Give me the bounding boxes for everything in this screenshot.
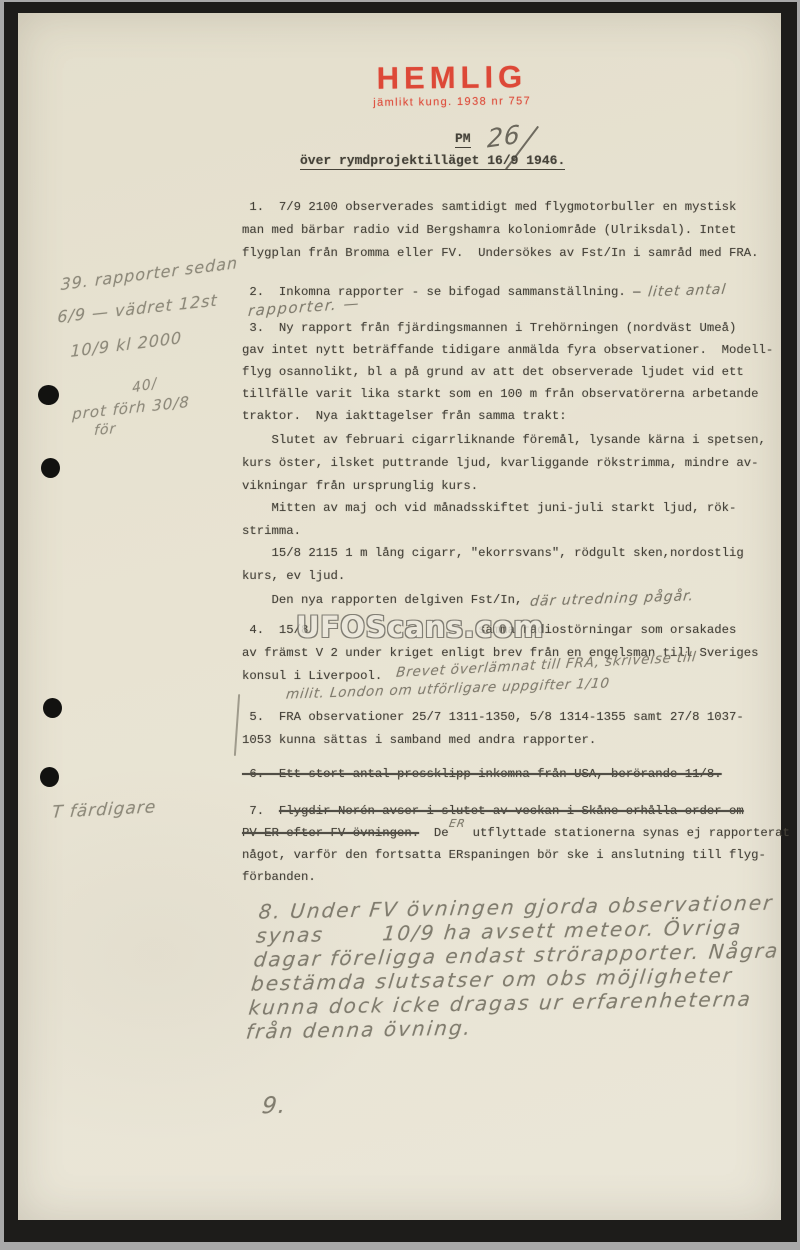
- paragraph-1: 1. 7/9 2100 observerades samtidigt med f…: [242, 196, 782, 265]
- hole-punch: [43, 698, 62, 718]
- text-line: 3. Ny rapport från fjärdingsmannen i Tre…: [242, 317, 782, 339]
- handwritten-text: där utredning pågår.: [529, 585, 695, 614]
- typed-text: strimma.: [242, 524, 301, 538]
- text-line: något, varför den fortsatta ERspaningen …: [242, 844, 782, 866]
- typed-text: De: [419, 826, 449, 840]
- text-line: kurs, ev ljud.: [242, 565, 782, 588]
- typed-text: förbanden.: [242, 870, 316, 884]
- typed-text: gav intet nytt beträffande tidigare anmä…: [242, 343, 773, 357]
- text-line: strimma.: [242, 520, 782, 543]
- paragraph-6-struck: 6. Ett stort antal pressklipp inkomna fr…: [242, 763, 782, 786]
- text-line: Den nya rapporten delgiven Fst/In, där u…: [242, 588, 782, 611]
- watermark: UFOScans.com: [296, 610, 544, 644]
- text-line: Slutet av februari cigarrliknande föremå…: [242, 429, 782, 452]
- paragraph-3-obs-february: Slutet av februari cigarrliknande föremå…: [242, 429, 782, 498]
- text-line: 15/8 2115 1 m lång cigarr, "ekorrsvans",…: [242, 542, 782, 565]
- text-line: tillfälle varit lika starkt som en 100 m…: [242, 383, 782, 405]
- paragraph-3-report-note: Den nya rapporten delgiven Fst/In, där u…: [242, 588, 782, 611]
- text-line: 5. FRA observationer 25/7 1311-1350, 5/8…: [242, 706, 782, 729]
- text-line: förbanden.: [242, 866, 782, 888]
- typed-text: traktor. Nya iakttagelser från samma tra…: [242, 409, 567, 423]
- text-line: gav intet nytt beträffande tidigare anmä…: [242, 339, 782, 361]
- typed-text: konsul i Liverpool.: [242, 669, 382, 683]
- typed-text: kurs öster, ilsket puttrande ljud, kvarl…: [242, 456, 759, 470]
- typed-text: Den nya rapporten delgiven Fst/In,: [242, 593, 530, 607]
- text-line: Mitten av maj och vid månadsskiftet juni…: [242, 497, 782, 520]
- hole-punch: [41, 458, 60, 478]
- text-line: kurs öster, ilsket puttrande ljud, kvarl…: [242, 452, 782, 475]
- stamp-hemlig-text: HEMLIG: [352, 61, 552, 95]
- typed-text: vikningar från ursprunglig kurs.: [242, 479, 478, 493]
- pm-label: PM: [455, 131, 471, 148]
- typed-text: flygplan från Bromma eller FV. Undersöke…: [242, 246, 759, 260]
- typed-text: Flygdir Norén avser i slutet av veckan i…: [279, 804, 744, 818]
- typed-text: kurs, ev ljud.: [242, 569, 345, 583]
- typed-text: flyg osannolikt, bl a på grund av att de…: [242, 365, 744, 379]
- paragraph-3-obs-august: 15/8 2115 1 m lång cigarr, "ekorrsvans",…: [242, 542, 782, 588]
- typed-text: 5. FRA observationer 25/7 1311-1350, 5/8…: [242, 710, 744, 724]
- typed-text: 2. Inkomna rapporter - se bifogad samman…: [242, 285, 648, 299]
- text-line: man med bärbar radio vid Bergshamra kolo…: [242, 219, 782, 242]
- handwritten-text: ER: [447, 813, 467, 835]
- typed-text: 15/8 2115 1 m lång cigarr, "ekorrsvans",…: [242, 546, 744, 560]
- typed-text: 3. Ny rapport från fjärdingsmannen i Tre…: [242, 321, 736, 335]
- handwritten-text: litet antal: [647, 279, 728, 305]
- paragraph-3: 3. Ny rapport från fjärdingsmannen i Tre…: [242, 317, 782, 427]
- secrecy-stamp: HEMLIG jämlikt kung. 1938 nr 757: [352, 61, 552, 109]
- typed-text: 1. 7/9 2100 observerades samtidigt med f…: [242, 200, 736, 214]
- text-line: 1. 7/9 2100 observerades samtidigt med f…: [242, 196, 782, 219]
- typed-text: 1053 kunna sättas i samband med andra ra…: [242, 733, 596, 747]
- text-line: PV ER efter FV övningen. DeER utflyttade…: [242, 822, 782, 844]
- typed-text: 7.: [242, 804, 279, 818]
- text-line: traktor. Nya iakttagelser från samma tra…: [242, 405, 782, 427]
- text-line: flyg osannolikt, bl a på grund av att de…: [242, 361, 782, 383]
- typed-text: Mitten av maj och vid månadsskiftet juni…: [242, 501, 736, 515]
- typed-text: tillfälle varit lika starkt som en 100 m…: [242, 387, 759, 401]
- stamp-statute-text: jämlikt kung. 1938 nr 757: [352, 95, 552, 109]
- text-line: vikningar från ursprunglig kurs.: [242, 475, 782, 498]
- typed-text: PV ER efter FV övningen.: [242, 826, 419, 840]
- text-line: 7. Flygdir Norén avser i slutet av vecka…: [242, 800, 782, 822]
- handwritten-item-9: 9.: [261, 1093, 289, 1119]
- typed-text: Slutet av februari cigarrliknande föremå…: [242, 433, 766, 447]
- document-title: över rymdprojektilläget 16/9 1946.: [300, 153, 565, 170]
- paragraph-7: 7. Flygdir Norén avser i slutet av vecka…: [242, 800, 782, 888]
- hole-punch: [38, 385, 59, 405]
- typed-text: något, varför den fortsatta ERspaningen …: [242, 848, 766, 862]
- hole-punch: [40, 767, 59, 787]
- typed-text: från denna övning.: [245, 1016, 474, 1044]
- text-line: 6. Ett stort antal pressklipp inkomna fr…: [242, 763, 782, 786]
- handwritten-paragraph-8: 8. Under FV övningen gjorda observatione…: [245, 890, 786, 1043]
- typed-text: man med bärbar radio vid Bergshamra kolo…: [242, 223, 736, 237]
- margin-note-for: för: [94, 421, 117, 439]
- paragraph-3-obs-may: Mitten av maj och vid månadsskiftet juni…: [242, 497, 782, 543]
- paragraph-5: 5. FRA observationer 25/7 1311-1350, 5/8…: [242, 706, 782, 752]
- typed-text: 6. Ett stort antal pressklipp inkomna fr…: [242, 767, 722, 781]
- text-line: flygplan från Bromma eller FV. Undersöke…: [242, 242, 782, 265]
- text-line: 1053 kunna sättas i samband med andra ra…: [242, 729, 782, 752]
- typed-text: utflyttade stationerna synas ej rapporte…: [465, 826, 790, 840]
- pm-number-handwritten: 26: [487, 119, 522, 153]
